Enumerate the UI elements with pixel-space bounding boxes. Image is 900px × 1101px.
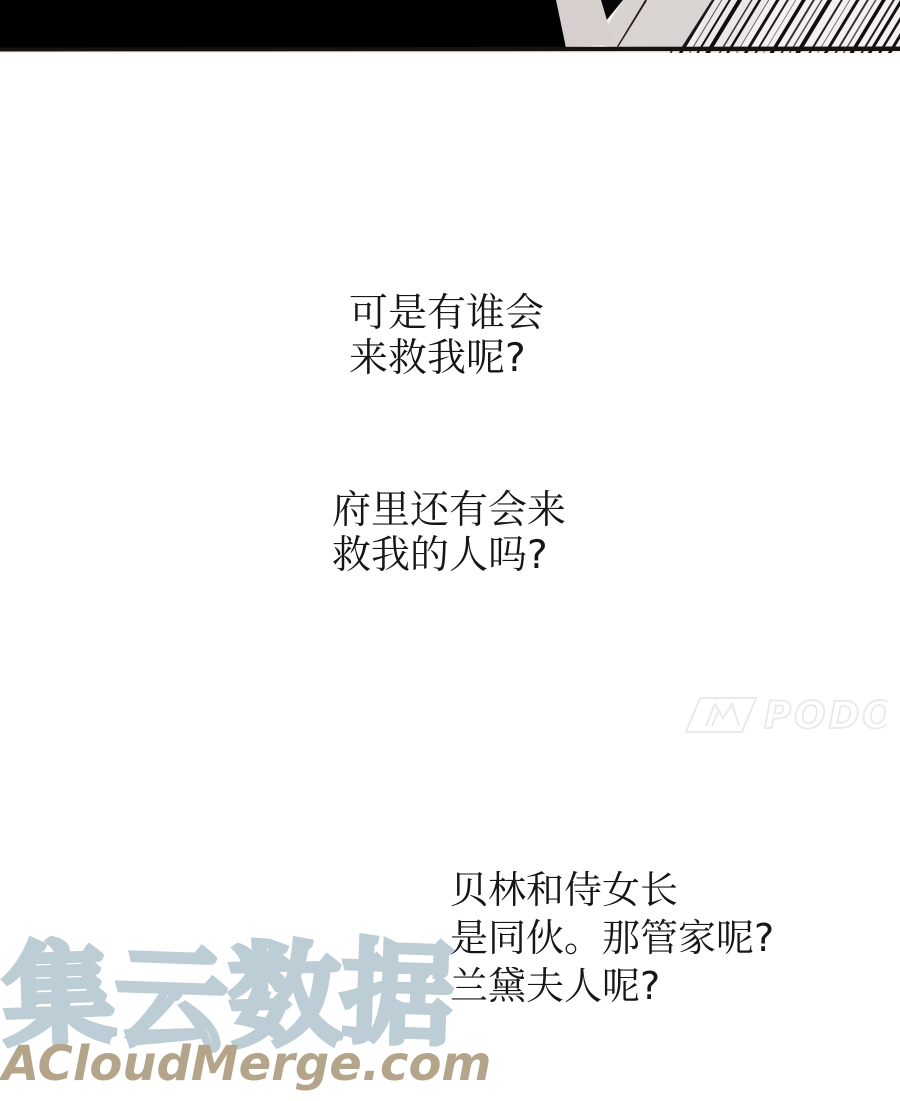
dialogue-text-2: 府里还有会来 救我的人吗? xyxy=(332,488,566,578)
acloudmerge-watermark-cn: 集 云 数 据 xyxy=(2,924,470,1050)
dialogue-line: 府里还有会来 xyxy=(332,488,566,533)
dialogue-text-3: 贝林和侍女长 是同伙。那管家呢? 兰黛夫人呢? xyxy=(450,866,774,1010)
dialogue-line: 是同伙。那管家呢? xyxy=(450,914,774,962)
podo-logo-icon xyxy=(686,698,756,732)
dialogue-line: 贝林和侍女长 xyxy=(450,866,774,914)
dialogue-text-1: 可是有谁会 来救我呢? xyxy=(349,291,544,381)
dialogue-line: 兰黛夫人呢? xyxy=(450,962,774,1010)
comic-page: 可是有谁会 来救我呢? 府里还有会来 救我的人吗? 贝林和侍女长 是同伙。那管家… xyxy=(0,0,900,1101)
dialogue-line: 来救我呢? xyxy=(349,336,544,381)
acloudmerge-watermark-url: ACloudMerge.com xyxy=(2,1036,491,1092)
podo-watermark: PODO xyxy=(682,693,887,737)
podo-wordmark: PODO xyxy=(764,694,887,737)
panel-black xyxy=(0,0,566,48)
top-panel-art xyxy=(0,0,900,53)
dialogue-line: 可是有谁会 xyxy=(349,291,544,336)
dialogue-line: 救我的人吗? xyxy=(332,533,566,578)
